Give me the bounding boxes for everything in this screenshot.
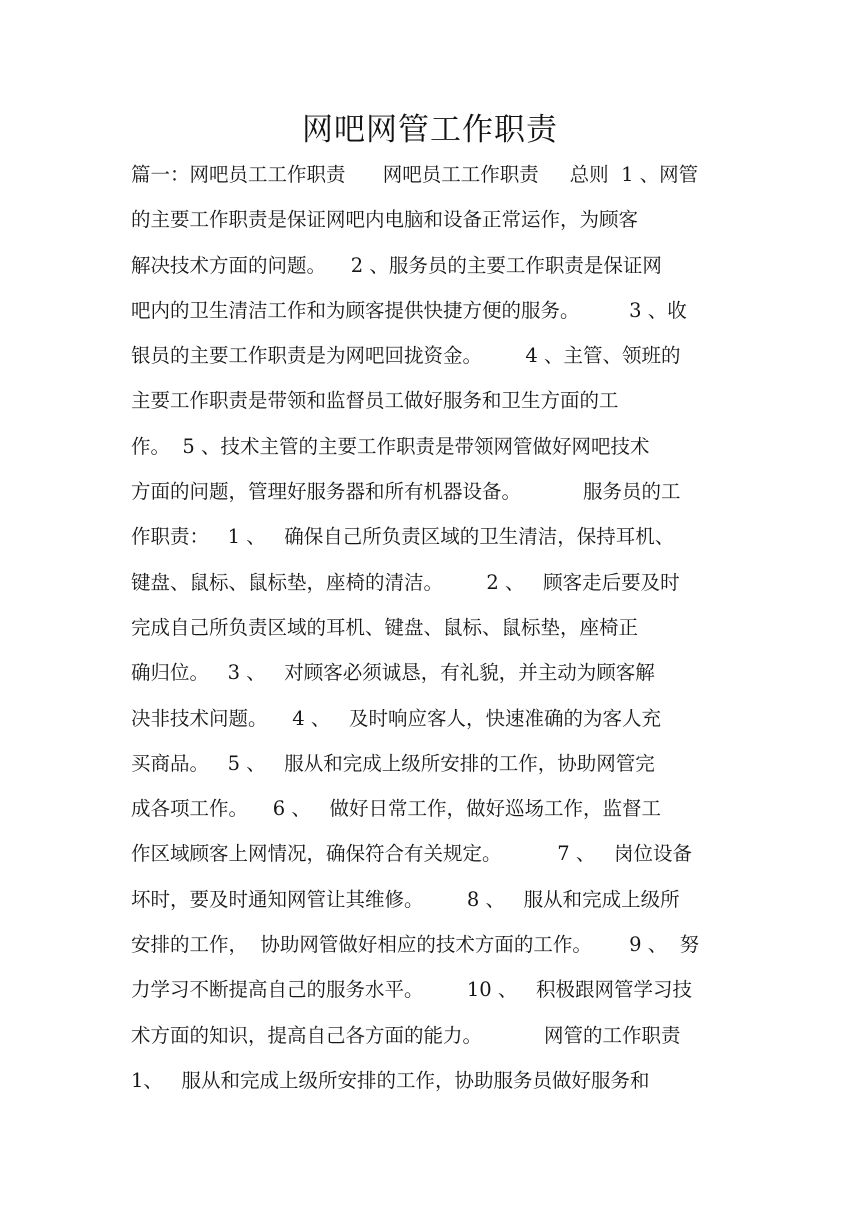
text-line: 决非技术问题。 4 、 及时响应客人，快速准确的为客人充 — [131, 701, 741, 746]
text-line: 的主要工作职责是保证网吧内电脑和设备正常运作，为顾客 — [131, 202, 741, 247]
text-line: 作区域顾客上网情况，确保符合有关规定。 7 、 岗位设备 — [131, 836, 741, 881]
text-line: 坏时，要及时通知网管让其维修。 8 、 服从和完成上级所 — [131, 882, 741, 927]
text-line: 主要工作职责是带领和监督员工做好服务和卫生方面的工 — [131, 383, 741, 428]
document-page: 网吧网管工作职责 篇一：网吧员工工作职责 网吧员工工作职责 总则 1 、网管 的… — [0, 0, 860, 1218]
text-line: 键盘、鼠标、鼠标垫，座椅的清洁。 2 、 顾客走后要及时 — [131, 565, 741, 610]
text-line: 作职责： 1 、 确保自己所负责区域的卫生清洁，保持耳机、 — [131, 519, 741, 564]
text-line: 作。 5 、技术主管的主要工作职责是带领网管做好网吧技术 — [131, 429, 741, 474]
text-line: 买商品。 5 、 服从和完成上级所安排的工作，协助网管完 — [131, 746, 741, 791]
text-line: 1、 服从和完成上级所安排的工作，协助服务员做好服务和 — [131, 1063, 741, 1108]
document-title: 网吧网管工作职责 — [0, 108, 860, 152]
text-line: 方面的问题，管理好服务器和所有机器设备。 服务员的工 — [131, 474, 741, 519]
text-line: 完成自己所负责区域的耳机、键盘、鼠标、鼠标垫，座椅正 — [131, 610, 741, 655]
document-body: 篇一：网吧员工工作职责 网吧员工工作职责 总则 1 、网管 的主要工作职责是保证… — [131, 157, 741, 1108]
text-line: 确归位。 3 、 对顾客必须诚恳，有礼貌，并主动为顾客解 — [131, 655, 741, 700]
text-line: 术方面的知识，提高自己各方面的能力。 网管的工作职责 — [131, 1018, 741, 1063]
text-line: 篇一：网吧员工工作职责 网吧员工工作职责 总则 1 、网管 — [131, 157, 741, 202]
text-line: 成各项工作。 6 、 做好日常工作，做好巡场工作，监督工 — [131, 791, 741, 836]
text-line: 安排的工作， 协助网管做好相应的技术方面的工作。 9 、 努 — [131, 927, 741, 972]
text-line: 力学习不断提高自己的服务水平。 10 、 积极跟网管学习技 — [131, 972, 741, 1017]
text-line: 解决技术方面的问题。 2 、服务员的主要工作职责是保证网 — [131, 248, 741, 293]
text-line: 银员的主要工作职责是为网吧回拢资金。 4 、主管、领班的 — [131, 338, 741, 383]
text-line: 吧内的卫生清洁工作和为顾客提供快捷方便的服务。 3 、收 — [131, 293, 741, 338]
